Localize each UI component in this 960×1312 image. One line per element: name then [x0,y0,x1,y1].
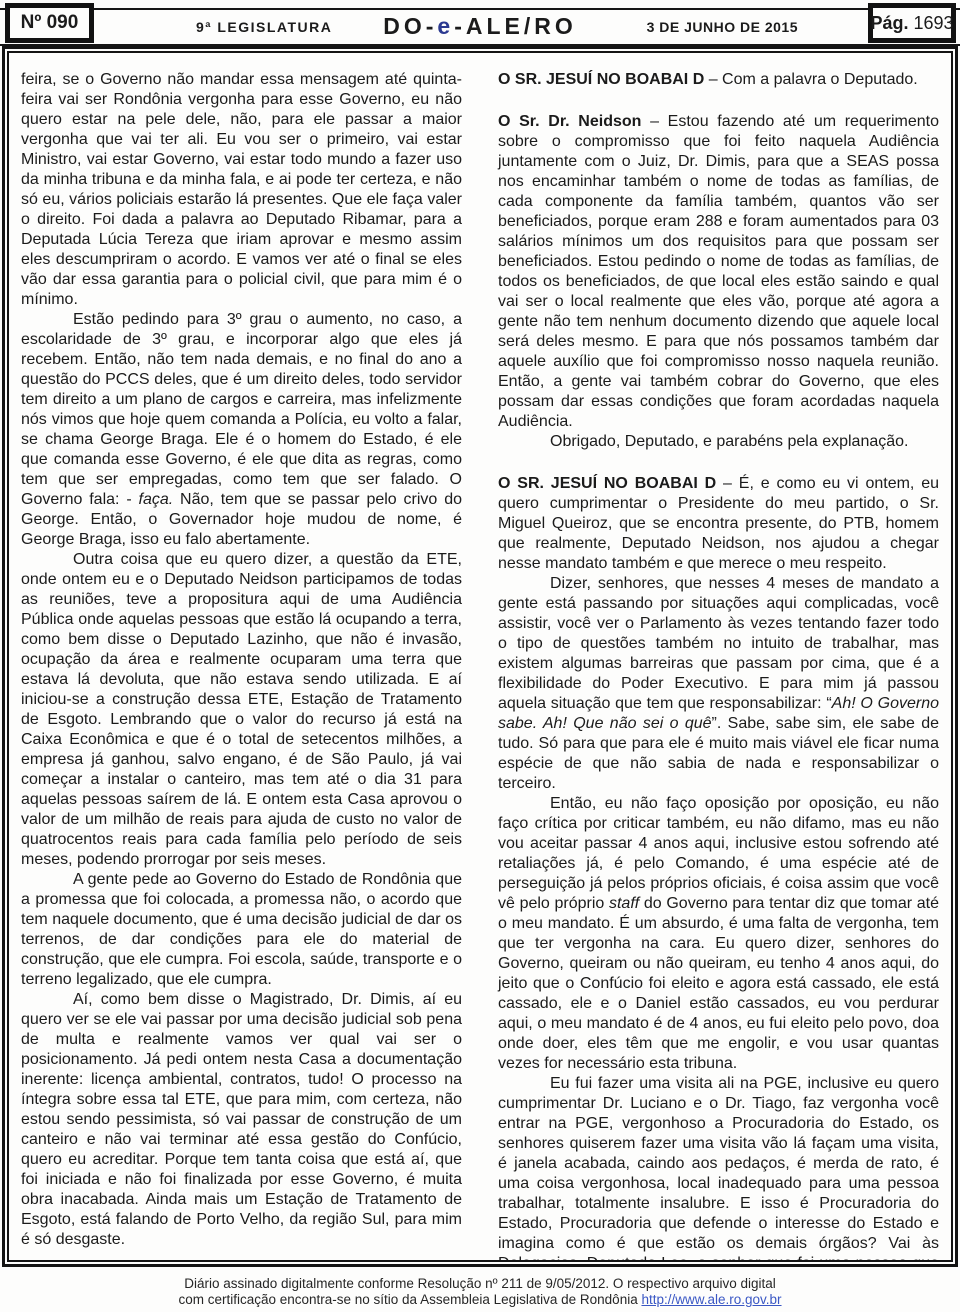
ale-website-link[interactable]: http://www.ale.ro.gov.br [641,1292,781,1307]
text-run: Aí, como bem disse o Magistrado, Dr. Dim… [21,991,462,1248]
issue-number: Nº 090 [21,12,79,34]
speaker-name: O SR. JESUÍ NO BOABAI D [498,71,704,88]
masthead-post: -ALE/RO [454,13,577,39]
gazette-page: { "header": { "issue_number": "Nº 090", … [0,0,960,1312]
text-run: – Estou fazendo até um requerimento sobr… [498,113,939,430]
paragraph: A gente pede ao Governo do Estado de Ron… [21,870,462,990]
text-run: – Com a palavra o Deputado. [704,71,917,88]
masthead-e-accent: e [437,13,454,39]
text-run: A gente pede ao Governo do Estado de Ron… [21,871,462,988]
left-column: feira, se o Governo não mandar essa mens… [21,70,462,1262]
two-column-body: feira, se o Governo não mandar essa mens… [21,70,939,1262]
legislature-label: 9ª LEGISLATURA [196,19,332,35]
issue-number-box: Nº 090 [5,3,94,43]
header-band: 9ª LEGISLATURA DO-e-ALE/RO 3 DE JUNHO DE… [0,8,960,46]
text-run: Eu fui fazer uma visita ali na PGE, incl… [498,1075,939,1262]
masthead-title: DO-e-ALE/RO [383,13,577,40]
text-run: faça. [139,491,174,508]
paragraph: Estão pedindo para 3º grau o aumento, no… [21,310,462,550]
paragraph: Eu fui fazer uma visita ali na PGE, incl… [498,1074,939,1262]
masthead-pre: DO- [383,13,437,39]
text-run: Obrigado, Deputado, e parabéns pela expl… [550,433,908,450]
text-run: feira, se o Governo não mandar essa mens… [21,71,462,308]
paragraph: Obrigado, Deputado, e parabéns pela expl… [498,432,939,452]
paragraph: Outra coisa que eu quero dizer, a questã… [21,550,462,870]
text-run: staff [609,895,639,912]
content-frame-outer: feira, se o Governo não mandar essa mens… [2,46,958,1267]
page-number: 1693 [913,13,953,34]
paragraph: Dizer, senhores, que nesses 4 meses de m… [498,574,939,794]
footer-line-2-text: com certificação encontra-se no sítio da… [178,1292,641,1307]
text-run: Estão pedindo para 3º grau o aumento, no… [21,311,462,508]
paragraph: feira, se o Governo não mandar essa mens… [21,70,462,310]
speaker-name: O SR. JESUÍ NO BOABAI D [498,475,716,492]
right-column: O SR. JESUÍ NO BOABAI D – Com a palavra … [498,70,939,1262]
footer-line-1: Diário assinado digitalmente conforme Re… [0,1276,960,1292]
signature-footer: Diário assinado digitalmente conforme Re… [0,1276,960,1308]
page-label: Pág. [870,13,908,34]
text-run: Outra coisa que eu quero dizer, a questã… [21,551,462,868]
paragraph: Aí, como bem disse o Magistrado, Dr. Dim… [21,990,462,1250]
edition-date: 3 DE JUNHO DE 2015 [647,19,798,35]
footer-line-2: com certificação encontra-se no sítio da… [0,1292,960,1308]
speaker-name: O Sr. Dr. Neidson [498,113,641,130]
paragraph: O Sr. Dr. Neidson – Estou fazendo até um… [498,112,939,432]
text-run: Dizer, senhores, que nesses 4 meses de m… [498,575,939,712]
paragraph: Então, eu não faço oposição por oposição… [498,794,939,1074]
paragraph: O SR. JESUÍ NO BOABAI D – Com a palavra … [498,70,939,90]
gazette-header: 9ª LEGISLATURA DO-e-ALE/RO 3 DE JUNHO DE… [0,0,960,48]
paragraph: O SR. JESUÍ NO BOABAI D – É, e como eu v… [498,474,939,574]
text-run: do Governo para tentar diz que tomar até… [498,895,939,1072]
page-number-box: Pág. 1693 [868,3,956,43]
content-frame-inner: feira, se o Governo não mandar essa mens… [7,51,953,1262]
